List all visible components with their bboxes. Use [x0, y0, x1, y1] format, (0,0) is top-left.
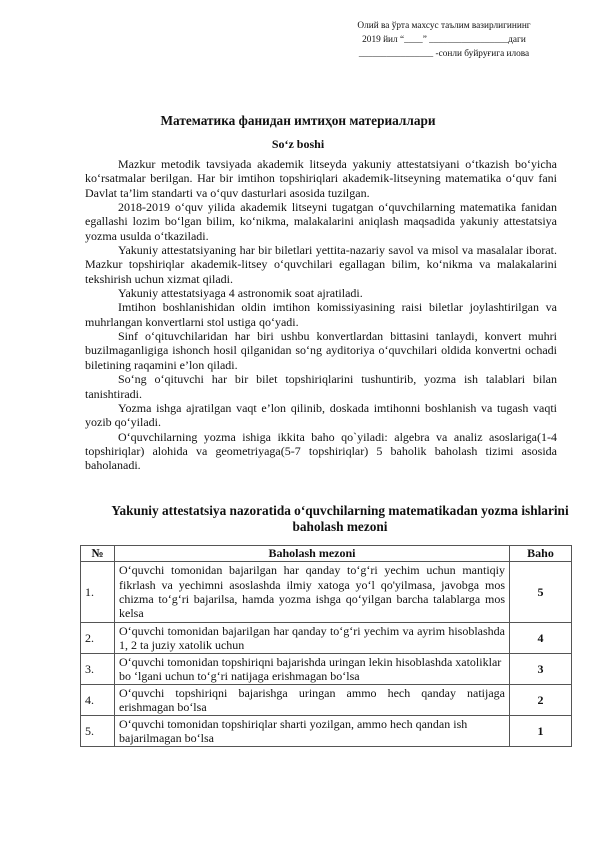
table-header-row: № Baholash mezoni Baho — [81, 546, 572, 562]
row-criterion: O‘quvchi tomonidan topshiriqlar sharti y… — [115, 716, 510, 747]
row-criterion: O‘quvchi tomonidan bajarilgan har qanday… — [115, 623, 510, 654]
column-header-grade: Baho — [510, 546, 572, 562]
table-row: 1. O‘quvchi tomonidan bajarilgan har qan… — [81, 562, 572, 623]
column-header-number: № — [81, 546, 115, 562]
paragraph: Mazkur metodik tavsiyada akademik litsey… — [85, 157, 557, 200]
annex-note-line-3: ________________ -сонли буйруғига илова — [329, 47, 559, 61]
row-grade: 4 — [510, 623, 572, 654]
row-number: 4. — [81, 685, 115, 716]
row-criterion: O‘quvchi tomonidan bajarilgan har qanday… — [115, 562, 510, 623]
paragraph: Imtihon boshlanishidan oldin imtihon kom… — [85, 300, 557, 329]
column-header-criterion: Baholash mezoni — [115, 546, 510, 562]
paragraph: 2018-2019 o‘quv yilida akademik litseyni… — [85, 200, 557, 243]
row-grade: 5 — [510, 562, 572, 623]
annex-note-line-2: 2019 йил “____” _________________даги — [329, 33, 559, 47]
paragraph: Sinf o‘qituvchilaridan har biri ushbu ko… — [85, 329, 557, 372]
grading-criteria-table: № Baholash mezoni Baho 1. O‘quvchi tomon… — [80, 545, 572, 747]
preface-heading: So‘z boshi — [0, 137, 596, 152]
row-grade: 2 — [510, 685, 572, 716]
paragraph: Yozma ishga ajratilgan vaqt e’lon qilini… — [85, 401, 557, 430]
row-number: 5. — [81, 716, 115, 747]
table-row: 5. O‘quvchi tomonidan topshiriqlar shart… — [81, 716, 572, 747]
paragraph: So‘ng o‘qituvchi har bir bilet topshiriq… — [85, 372, 557, 401]
row-grade: 3 — [510, 654, 572, 685]
row-number: 1. — [81, 562, 115, 623]
annex-note-line-1: Олий ва ўрта махсус таълим вазирлигининг — [329, 19, 559, 33]
table-row: 4. O‘quvchi topshiriqni bajarishga uring… — [81, 685, 572, 716]
table-row: 3. O‘quvchi tomonidan topshiriqni bajari… — [81, 654, 572, 685]
preface-body: Mazkur metodik tavsiyada akademik litsey… — [85, 157, 557, 473]
table-row: 2. O‘quvchi tomonidan bajarilgan har qan… — [81, 623, 572, 654]
row-criterion: O‘quvchi topshiriqni bajarishga uringan … — [115, 685, 510, 716]
grading-criteria-heading: Yakuniy attestatsiya nazoratida o‘quvchi… — [110, 503, 570, 535]
order-annex-note: Олий ва ўрта махсус таълим вазирлигининг… — [329, 19, 559, 61]
paragraph: Yakuniy attestatsiyaning har bir biletla… — [85, 243, 557, 286]
row-number: 2. — [81, 623, 115, 654]
row-number: 3. — [81, 654, 115, 685]
paragraph: Yakuniy attestatsiyaga 4 astronomik soat… — [85, 286, 557, 300]
paragraph: O‘quvchilarning yozma ishiga ikkita baho… — [85, 430, 557, 473]
document-title: Математика фанидан имтиҳон материаллари — [0, 113, 596, 129]
row-criterion: O‘quvchi tomonidan topshiriqni bajarishd… — [115, 654, 510, 685]
row-grade: 1 — [510, 716, 572, 747]
